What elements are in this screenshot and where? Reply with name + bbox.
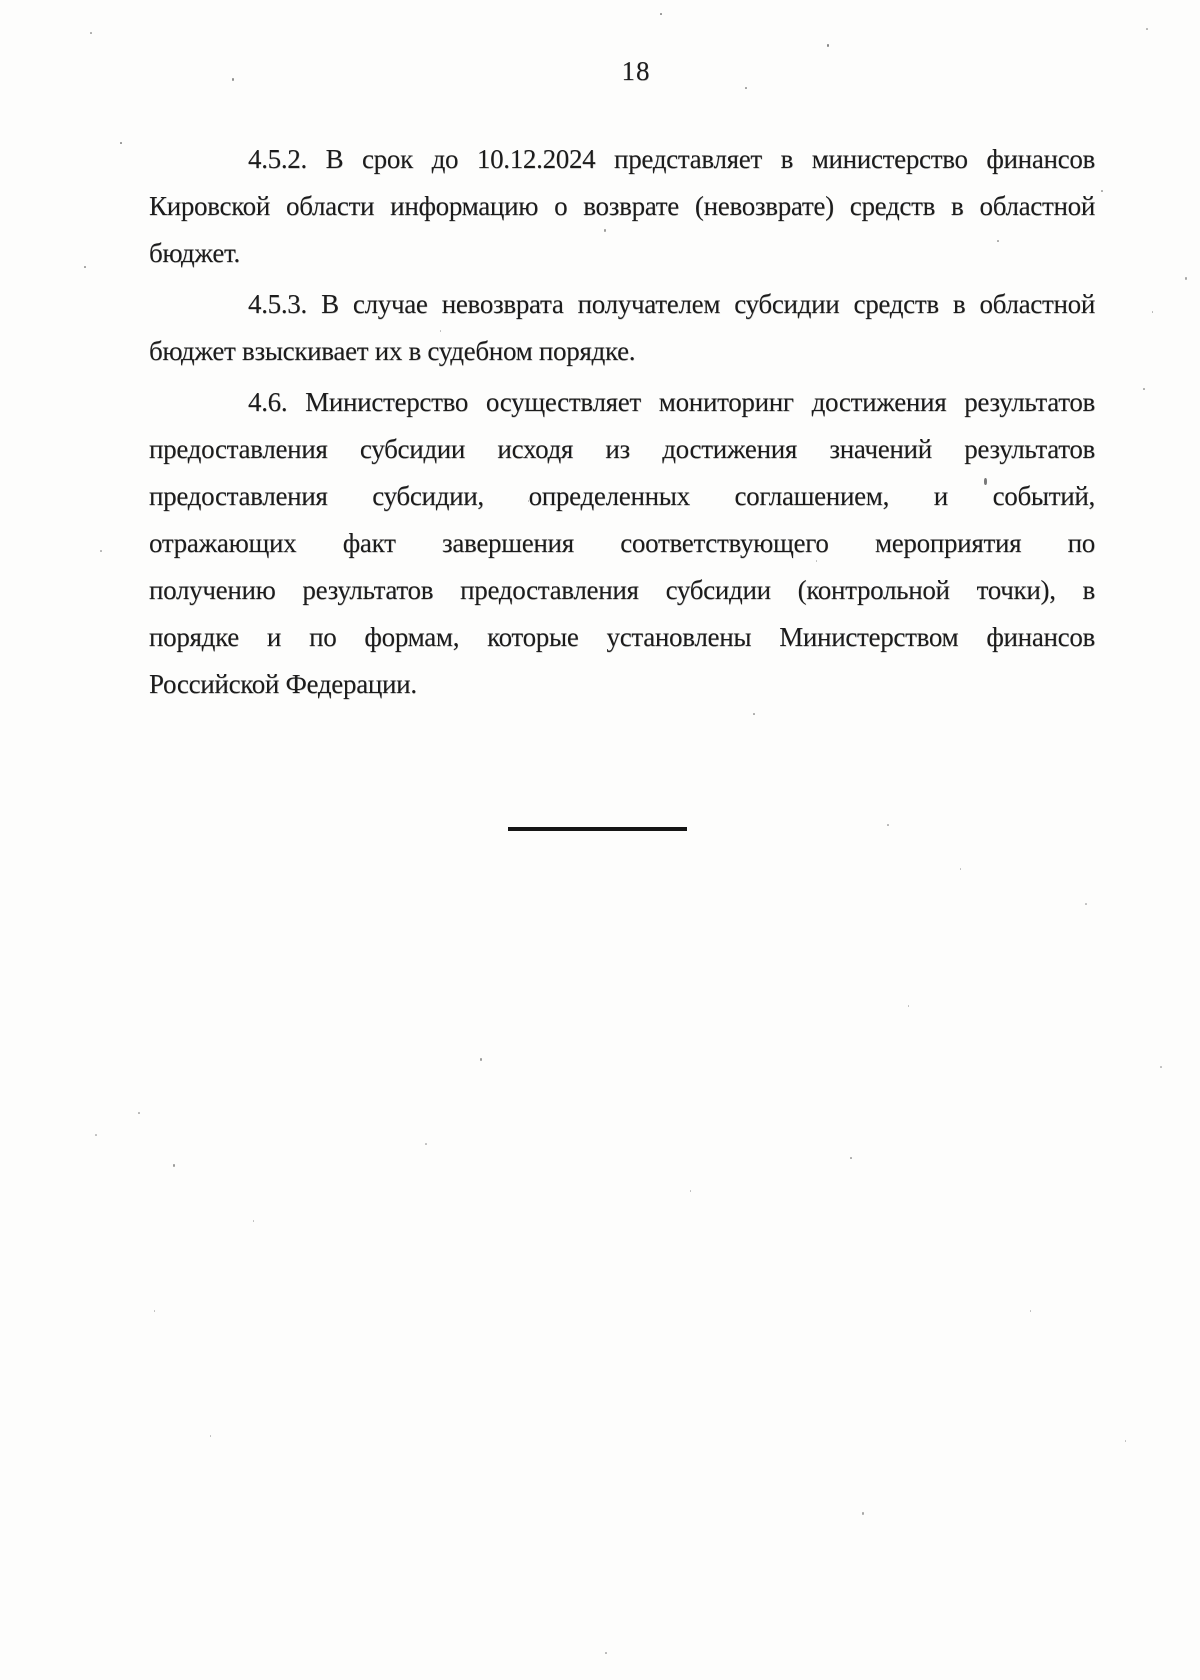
paragraph-4-5-2: 4.5.2. В срок до 10.12.2024 представляет… bbox=[149, 136, 1095, 277]
page-number: 18 bbox=[0, 55, 1200, 87]
text-line: бюджет взыскивает их в судебном порядке. bbox=[149, 328, 1095, 375]
paragraph-4-5-3: 4.5.3. В случае невозврата получателем с… bbox=[149, 281, 1095, 375]
text-line: предоставления субсидии исходя из достиж… bbox=[149, 426, 1095, 473]
text-line: отражающих факт завершения соответствующ… bbox=[149, 520, 1095, 567]
text-line: Кировской области информацию о возврате … bbox=[149, 183, 1095, 230]
text-line: 4.5.3. В случае невозврата получателем с… bbox=[149, 281, 1095, 328]
text-line: Российской Федерации. bbox=[149, 661, 1095, 708]
text-line: бюджет. bbox=[149, 230, 1095, 277]
document-body: 4.5.2. В срок до 10.12.2024 представляет… bbox=[149, 136, 1095, 708]
signature-divider-line bbox=[508, 827, 687, 831]
paragraph-4-6: 4.6. Министерство осуществляет мониторин… bbox=[149, 379, 1095, 708]
text-line: порядке и по формам, которые установлены… bbox=[149, 614, 1095, 661]
text-line: 4.6. Министерство осуществляет мониторин… bbox=[149, 379, 1095, 426]
text-line: 4.5.2. В срок до 10.12.2024 представляет… bbox=[149, 136, 1095, 183]
text-line: предоставления субсидии, определенных со… bbox=[149, 473, 1095, 520]
text-line: получению результатов предоставления суб… bbox=[149, 567, 1095, 614]
page-number-value: 18 bbox=[622, 56, 651, 86]
document-page: 18 4.5.2. В срок до 10.12.2024 представл… bbox=[0, 0, 1200, 1680]
